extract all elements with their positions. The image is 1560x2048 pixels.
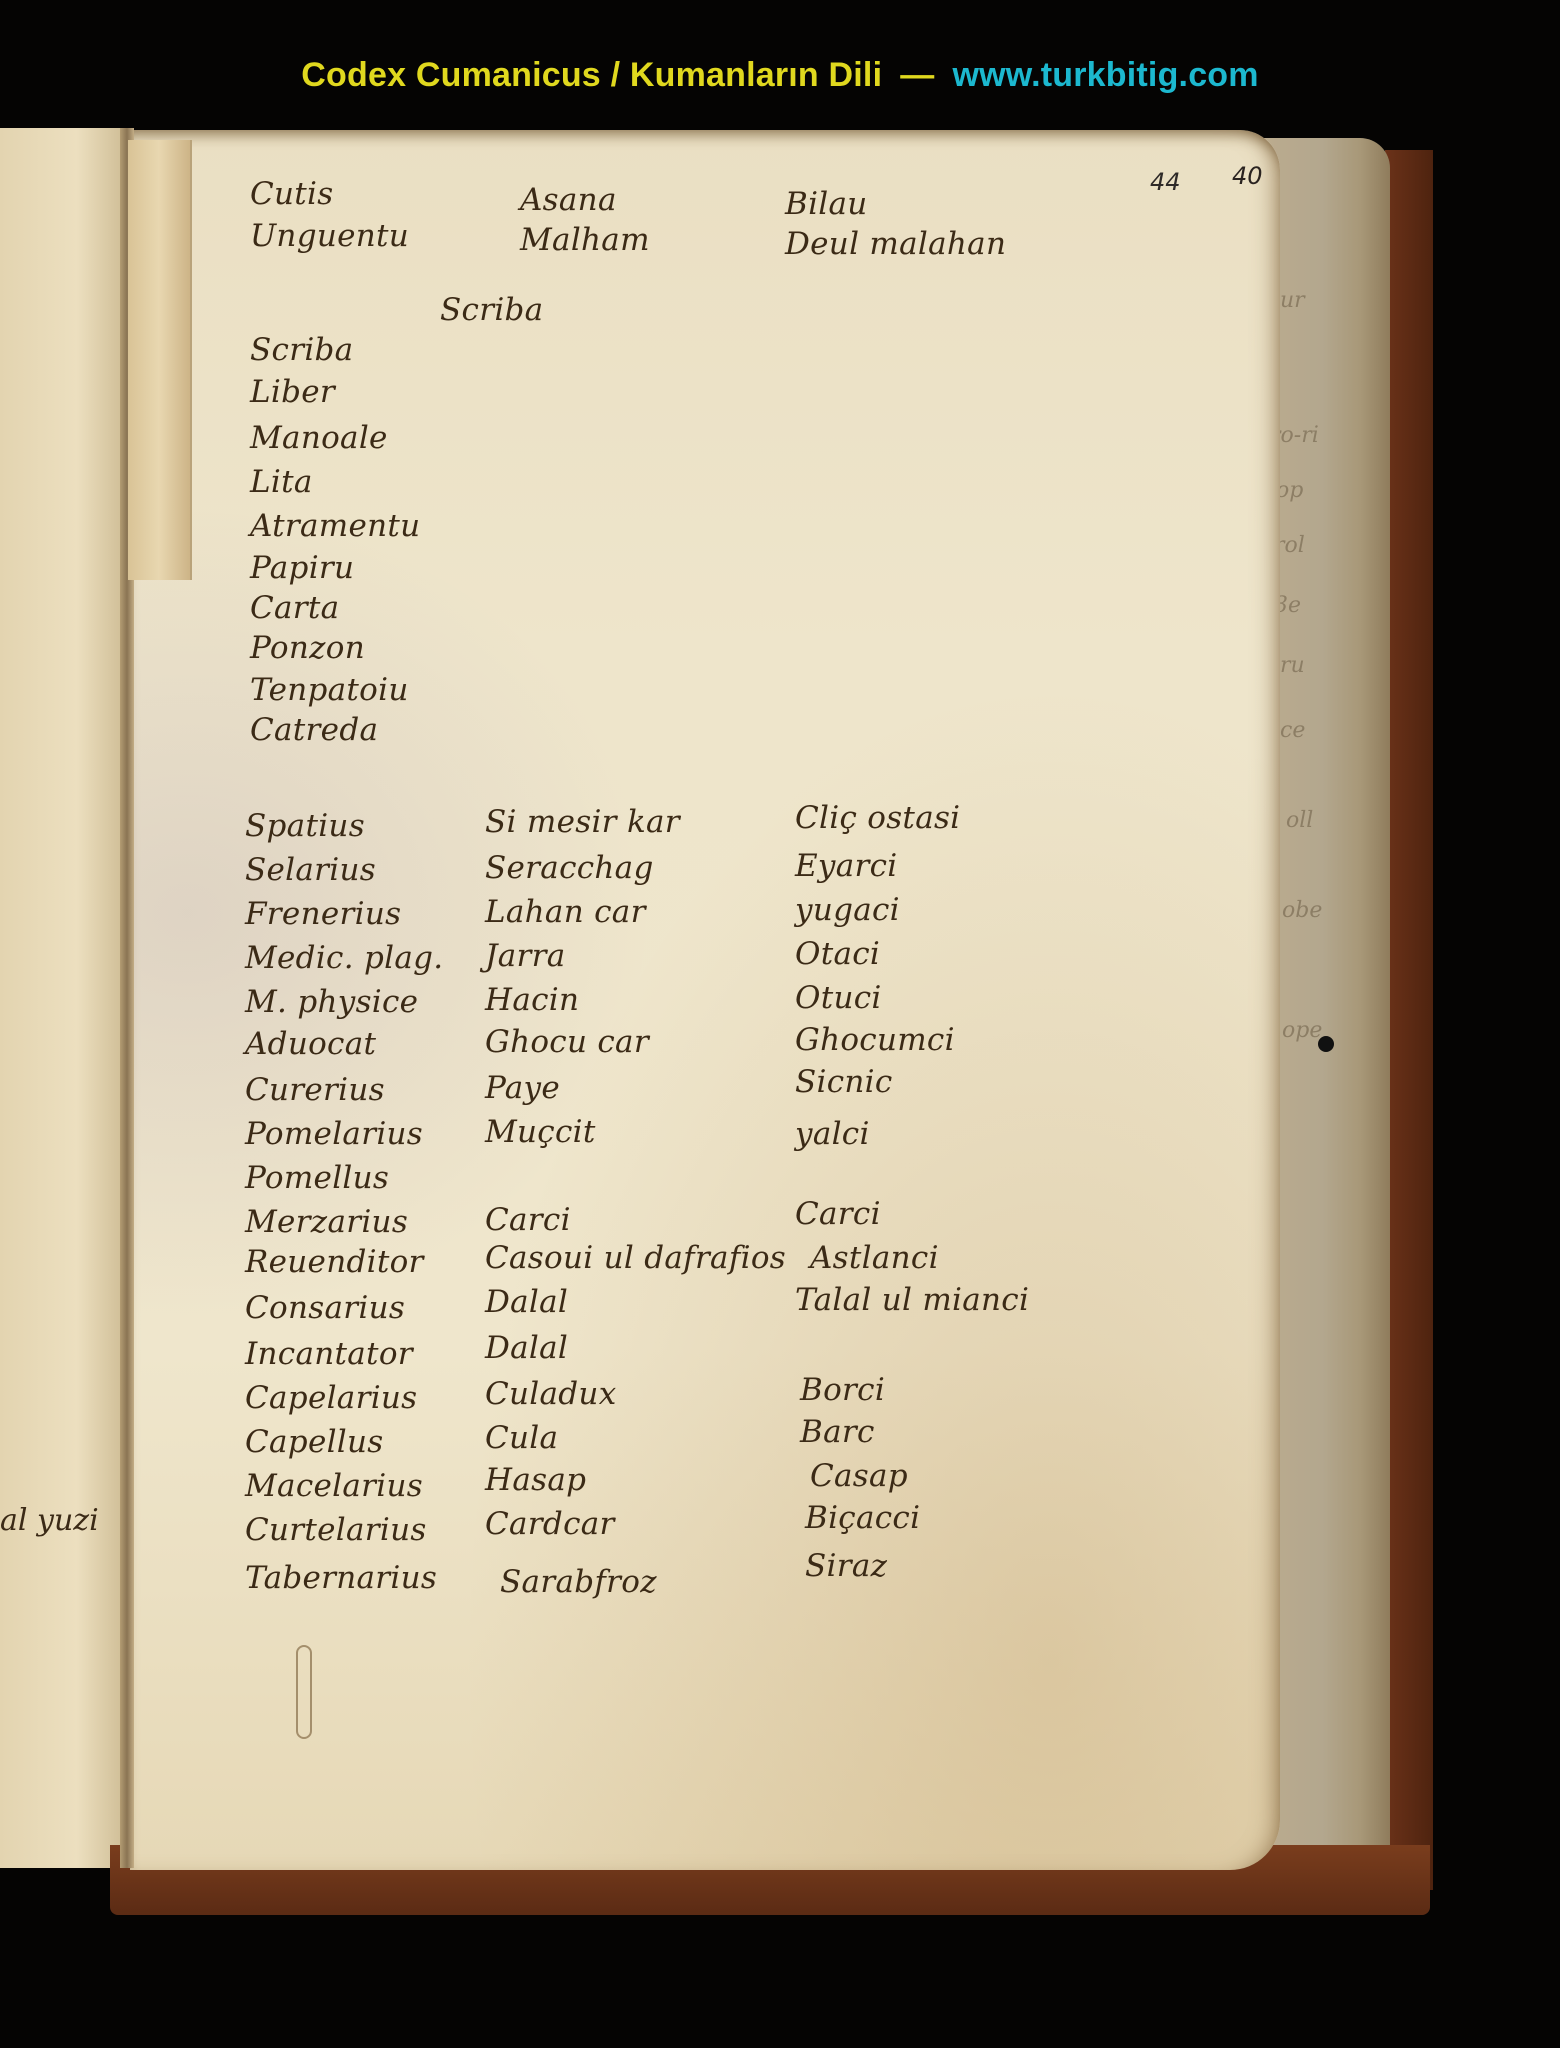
persian-word: Jarra: [485, 938, 566, 974]
latin-word: Frenerius: [245, 896, 401, 932]
persian-word: Culadux: [485, 1376, 616, 1412]
persian-word: Lahan car: [485, 894, 646, 930]
edge-ghost-text: obe: [1282, 898, 1322, 923]
latin-word: Incantator: [245, 1336, 413, 1372]
scriba-word: Lita: [250, 464, 313, 500]
latin-word: Aduocat: [245, 1026, 376, 1062]
latin-word: Macelarius: [245, 1468, 423, 1504]
latin-word: Spatius: [245, 808, 365, 844]
scriba-word: Papiru: [250, 550, 354, 586]
cuman-word: yugaci: [795, 892, 900, 928]
persian-word: Hacin: [485, 982, 579, 1018]
page-stain: [296, 1645, 312, 1739]
cuman-word: Bilau: [785, 186, 868, 222]
latin-word: Capelarius: [245, 1380, 417, 1416]
persian-word: Paye: [485, 1070, 560, 1106]
persian-word: Malham: [520, 222, 650, 258]
latin-word: Selarius: [245, 852, 376, 888]
cuman-word: Cliç ostasi: [795, 800, 960, 836]
scriba-word: Ponzon: [250, 630, 365, 666]
edge-ghost-text: ur: [1280, 288, 1305, 313]
persian-word: Ghocu car: [485, 1024, 649, 1060]
scriba-word: Tenpatoiu: [250, 672, 409, 708]
persian-word: Carci: [485, 1202, 571, 1238]
edge-ghost-text: oll: [1286, 808, 1313, 833]
latin-word: Tabernarius: [245, 1560, 437, 1596]
cuman-word: Otuci: [795, 980, 882, 1016]
folio-number-alt: 40: [1232, 162, 1263, 190]
banner-title: Codex Cumanicus / Kumanların Dili: [301, 56, 882, 94]
binding-strip: [128, 140, 192, 580]
folio-number: 44: [1150, 168, 1181, 196]
latin-word: Medic. plag.: [245, 940, 443, 976]
banner-separator: —: [900, 56, 934, 94]
left-facing-page: al yuzi: [0, 128, 128, 1868]
latin-word: M. physice: [245, 984, 418, 1020]
edge-ghost-text: op: [1276, 478, 1303, 503]
banner-site-url[interactable]: www.turkbitig.com: [952, 56, 1258, 94]
cuman-word: Eyarci: [795, 848, 898, 884]
latin-word: Capellus: [245, 1424, 384, 1460]
book-cover-edge: [1385, 150, 1433, 1890]
section-heading: Scriba: [440, 292, 543, 328]
latin-word: Merzarius: [245, 1204, 408, 1240]
cuman-word: Deul malahan: [785, 226, 1006, 262]
persian-word: Sarabfroz: [500, 1564, 657, 1600]
edge-ghost-text: ce: [1280, 718, 1305, 743]
cuman-word: Talal ul mianci: [795, 1282, 1029, 1318]
cuman-word: yalci: [795, 1116, 870, 1152]
cuman-word: Sicnic: [795, 1064, 893, 1100]
persian-word: Muçcit: [485, 1114, 596, 1150]
cuman-word: Carci: [795, 1196, 881, 1232]
cuman-word: Borci: [800, 1372, 885, 1408]
cuman-word: Barc: [800, 1414, 875, 1450]
scriba-word: Liber: [250, 374, 335, 410]
edge-ghost-text: ope: [1282, 1018, 1322, 1043]
cuman-word: Ghocumci: [795, 1022, 955, 1058]
cuman-word: Astlanci: [810, 1240, 939, 1276]
scriba-word: Scriba: [250, 332, 353, 368]
latin-word: Curerius: [245, 1072, 385, 1108]
persian-word: Dalal: [485, 1284, 568, 1320]
latin-word: Cutis: [250, 176, 333, 212]
scriba-word: Catreda: [250, 712, 378, 748]
persian-word: Si mesir kar: [485, 804, 680, 840]
latin-word: Reuenditor: [245, 1244, 424, 1280]
cuman-word: Casap: [810, 1458, 908, 1494]
scriba-word: Manoale: [250, 420, 388, 456]
cuman-word: Biçacci: [805, 1500, 920, 1536]
persian-word: Casoui ul dafrafios: [485, 1240, 786, 1276]
persian-word: Seracchag: [485, 850, 654, 886]
persian-word: Dalal: [485, 1330, 568, 1366]
latin-word: Pomellus: [245, 1160, 389, 1196]
latin-word: Consarius: [245, 1290, 405, 1326]
persian-word: Cula: [485, 1420, 558, 1456]
edge-ghost-text: ru: [1280, 653, 1305, 678]
scriba-word: Atramentu: [250, 508, 420, 544]
persian-word: Cardcar: [485, 1506, 615, 1542]
site-banner: Codex Cumanicus / Kumanların Dili—www.tu…: [0, 56, 1560, 95]
latin-word: Pomelarius: [245, 1116, 423, 1152]
persian-word: Asana: [520, 182, 617, 218]
cuman-word: Siraz: [805, 1548, 887, 1584]
scriba-word: Carta: [250, 590, 339, 626]
persian-word: Hasap: [485, 1462, 586, 1498]
latin-word: Curtelarius: [245, 1512, 427, 1548]
cuman-word: Otaci: [795, 936, 880, 972]
left-margin-note: al yuzi: [0, 1503, 99, 1538]
ink-blot: [1318, 1036, 1334, 1052]
latin-word: Unguentu: [250, 218, 409, 254]
